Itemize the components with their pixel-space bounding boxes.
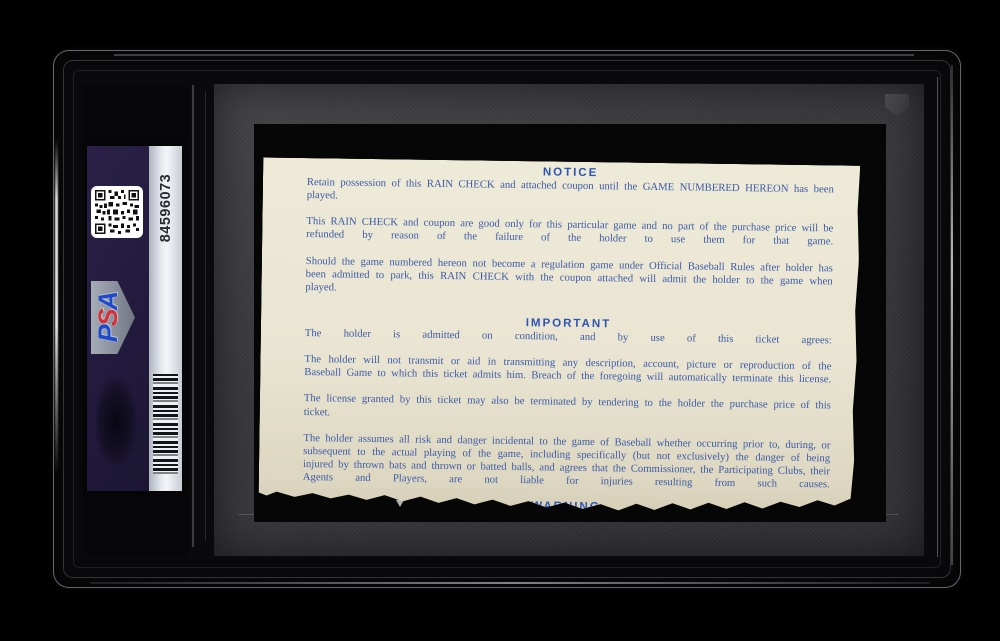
cert-number: 84596073 <box>150 152 181 264</box>
edge-reflection-left <box>55 139 58 475</box>
label-navy-panel: PSA <box>87 146 149 491</box>
edge-reflection-right-inner <box>937 77 939 557</box>
ridge-reflection-divider <box>192 85 194 547</box>
edge-reflection-right <box>951 65 953 565</box>
edge-reflection-top <box>114 54 914 56</box>
ticket-text-block: NOTICE Retain possession of this RAIN CH… <box>302 163 835 574</box>
label-shadow-mark <box>95 378 137 466</box>
psa-logo: PSA <box>91 281 135 354</box>
signature-title: Commissioner of Baseball <box>725 560 821 571</box>
psa-shield-icon: PSA <box>91 281 135 354</box>
edge-reflection-bottom <box>90 582 930 584</box>
important-paragraph: The license granted by this ticket may a… <box>303 392 830 439</box>
rain-check-ticket-back: NOTICE Retain possession of this RAIN CH… <box>258 157 860 514</box>
notice-paragraph: This RAIN CHECK and coupon are good only… <box>306 215 833 262</box>
psa-logo-text: PSA <box>91 293 125 343</box>
signature-block: Bowie K Kuhn Commissioner of Baseball <box>302 551 829 573</box>
signature-autograph: Bowie K Kuhn <box>614 555 720 574</box>
barcode-icon <box>153 374 178 474</box>
warning-paragraph: This ticket must not be resold or offere… <box>302 510 829 557</box>
photo-scene: PSA 84596073 NOTICE <box>0 0 1000 641</box>
qr-code-icon <box>91 186 143 238</box>
psa-cert-label: PSA 84596073 <box>87 146 182 491</box>
inner-frame: NOTICE Retain possession of this RAIN CH… <box>214 84 924 556</box>
ridge-reflection-divider2 <box>205 91 206 541</box>
notice-paragraph: Should the game numbered hereon not beco… <box>305 255 833 315</box>
psa-slab-case: PSA 84596073 NOTICE <box>53 50 961 588</box>
important-paragraph: The holder assumes all risk and danger i… <box>303 432 831 505</box>
ticket-window: NOTICE Retain possession of this RAIN CH… <box>254 124 886 522</box>
psa-emboss-icon <box>885 94 909 116</box>
